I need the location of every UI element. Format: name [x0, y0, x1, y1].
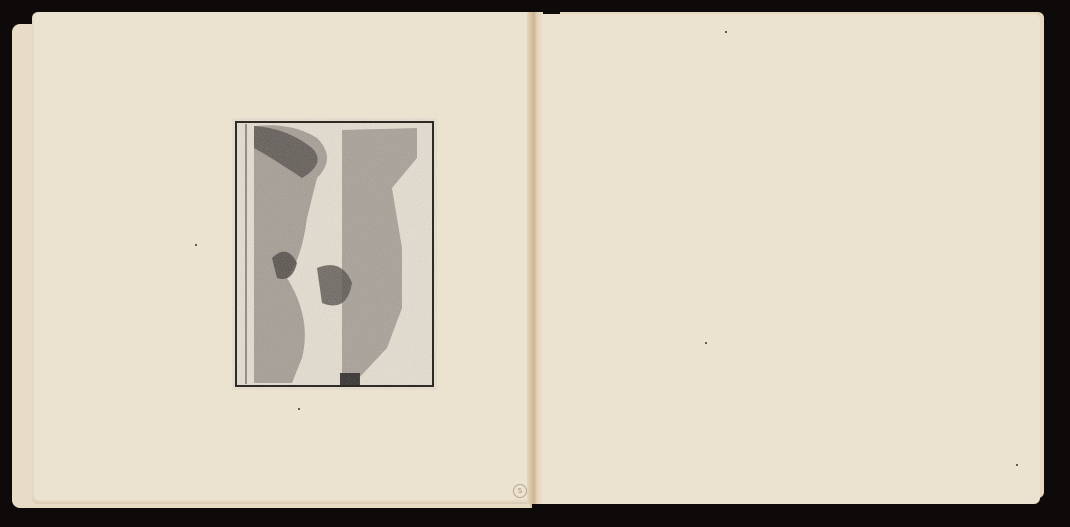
pencil-sketch	[232, 118, 437, 390]
paper-speck	[298, 408, 300, 410]
collector-stamp: S	[513, 484, 527, 498]
right-page	[540, 14, 1040, 504]
paper-speck	[1016, 464, 1018, 466]
paper-speck	[705, 342, 707, 344]
paper-speck	[195, 244, 197, 246]
paper-speck	[725, 31, 727, 33]
book-spine	[527, 12, 543, 504]
